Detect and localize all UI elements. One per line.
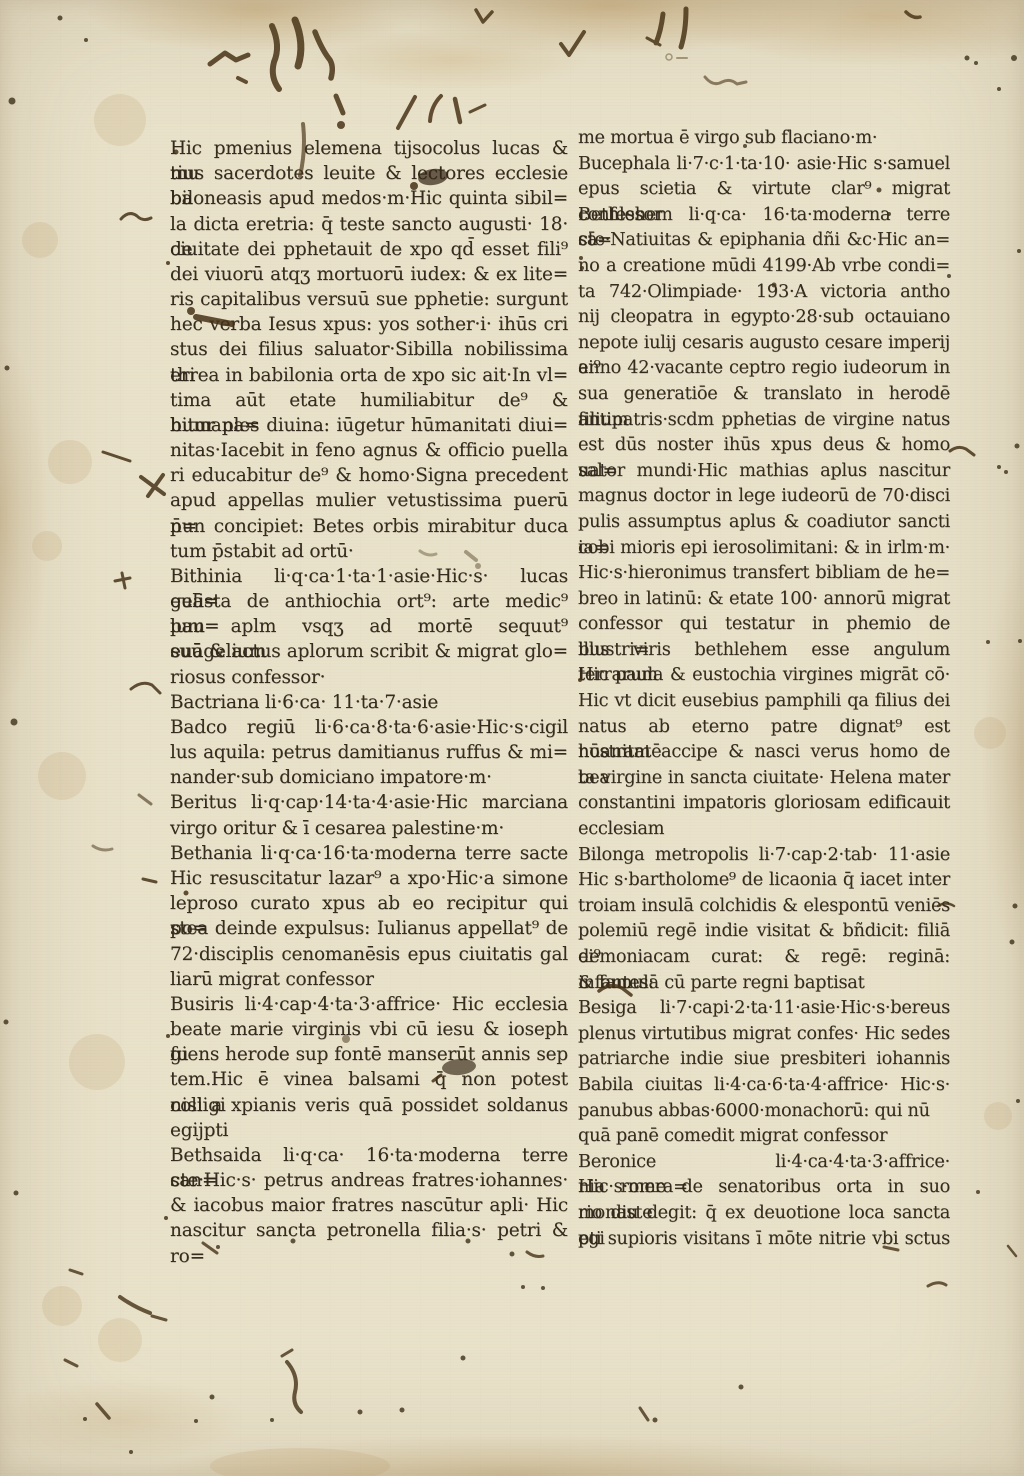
text-line: suū & actus aplorum scribit & migrat glo… bbox=[170, 639, 568, 664]
text-line: natus ab eterno patre dignat⁹ est hūanit… bbox=[578, 714, 950, 740]
text-line: ta virgine in sancta ciuitate· Helena ma… bbox=[578, 765, 950, 791]
text-line: Bethania li·q·ca·16·ta·moderna terre sac… bbox=[170, 841, 568, 866]
text-line: lus aquila: petrus damitianus ruffus & m… bbox=[170, 740, 568, 765]
text-line: cobi mioris epi ierosolimitani: & in irl… bbox=[578, 535, 950, 561]
text-line: dei viuorū atqʒ mortuorū iudex: & ex lit… bbox=[170, 262, 568, 287]
text-line: stus dei filius saluator·Sibilla nobilis… bbox=[170, 337, 568, 362]
text-line: apud appellas mulier vetustissima puerū … bbox=[170, 488, 568, 513]
left-text-column: Hic pmenius elemena tijsocolus lucas & m… bbox=[170, 136, 568, 1244]
text-line: liarū migrat confessor bbox=[170, 967, 568, 992]
text-line: beate marie virginis vbi cū iesu & iosep… bbox=[170, 1017, 568, 1042]
text-line: epus scietia & virtute clar⁹ migrat conf… bbox=[578, 176, 950, 202]
text-line: plenus virtutibus migrat confes· Hic sed… bbox=[578, 1021, 950, 1047]
text-line: ecclesiam bbox=[578, 816, 950, 842]
text-line: polemiū regē indie visitat & bñdicit: fi… bbox=[578, 918, 950, 944]
text-line: Bithinia li·q·ca·1·ta·1·asie·Hic·s· luca… bbox=[170, 564, 568, 589]
text-line: giens herode sup fontē manserūt annis se… bbox=[170, 1042, 568, 1067]
text-line: quā panē comedit migrat confessor bbox=[578, 1123, 950, 1149]
text-line: Hic s·bartholome⁹ de licaonia q̄ iacet i… bbox=[578, 867, 950, 893]
text-line: patriarche indie siue presbiteri iohanni… bbox=[578, 1046, 950, 1072]
text-line: Besiga li·7·capi·2·ta·11·asie·Hic·s·bere… bbox=[578, 995, 950, 1021]
text-line: Badco regiū li·6·ca·8·ta·6·asie·Hic·s·ci… bbox=[170, 715, 568, 740]
text-line: demoniacam curat: & regē: reginā: infant… bbox=[578, 944, 950, 970]
text-line: virgo oritur & ī cesarea palestine·m· bbox=[170, 816, 568, 841]
text-line: la dicta eretria: q̄ teste sancto august… bbox=[170, 212, 568, 237]
text-line: tem.Hic ē vinea balsami q̄ non potest co… bbox=[170, 1067, 568, 1092]
text-line: tum p̄stabit ad ortū· bbox=[170, 539, 568, 564]
text-line: nun concipiet: Betes orbis mirabitur duc… bbox=[170, 514, 568, 539]
text-line: troiam insulā colchidis & elespontū veni… bbox=[578, 893, 950, 919]
text-line: tima aūt etate humiliabitur de⁹ & humana… bbox=[170, 388, 568, 413]
text-line: Hic vt dicit eusebius pamphili qa filius… bbox=[578, 688, 950, 714]
text-line: anno 42·vacante ceptro regio iudeorum in bbox=[578, 355, 950, 381]
text-line: uator mundi·Hic mathias aplus nascitur bbox=[578, 458, 950, 484]
text-line: pti supioris visitans ī mōte nitrie vbi … bbox=[578, 1226, 950, 1252]
text-line: Bethsaida li·q·ca· 16·ta·moderna terre s… bbox=[170, 1143, 568, 1168]
text-line: Hic pmenius elemena tijsocolus lucas & m… bbox=[170, 136, 568, 161]
manuscript-page: Hic pmenius elemena tijsocolus lucas & m… bbox=[0, 0, 1024, 1476]
text-line: pulis assumptus aplus & coadiutor sancti… bbox=[578, 509, 950, 535]
bottom-margin-marks bbox=[65, 1243, 1016, 1420]
right-text-column: me mortua ē virgo sub flaciano·m·Bucepha… bbox=[578, 125, 950, 1251]
text-line: me mortua ē virgo sub flaciano·m· bbox=[578, 125, 950, 151]
text-line: est dūs noster ihūs xpus deus & homo sal… bbox=[578, 432, 950, 458]
text-line: ris capitalibus versuū sue pphetie: surg… bbox=[170, 287, 568, 312]
text-line: & famulā cū parte regni baptisat bbox=[578, 970, 950, 996]
text-line: constantini impatoris gloriosam edificau… bbox=[578, 790, 950, 816]
text-line: ciuitate dei pphetauit de xpo qd̄ esset … bbox=[170, 237, 568, 262]
text-line: gelista de anthiochia ort⁹: arte medic⁹ … bbox=[170, 589, 568, 614]
text-line: Hic paula & eustochia virgines migrāt cō… bbox=[578, 662, 950, 688]
text-line: nisi a xpianis veris quā possidet soldan… bbox=[170, 1093, 568, 1118]
text-line: tius sacerdotes leuite & lectores eccles… bbox=[170, 161, 568, 186]
text-line: bus viris bethlehem esse angulum terraru… bbox=[578, 637, 950, 663]
text-line: Bactriana li·6·ca· 11·ta·7·asie bbox=[170, 690, 568, 715]
text-line: nascitur sancta petronella filia·s· petr… bbox=[170, 1218, 568, 1243]
text-line: nander·sub domiciano impatore·m· bbox=[170, 765, 568, 790]
text-line: threa in babilonia orta de xpo sic ait·I… bbox=[170, 363, 568, 388]
text-line: nitas·Iacebit in feno agnus & officio pu… bbox=[170, 438, 568, 463]
text-line: panubus abbas·6000·monachorū: qui nū bbox=[578, 1098, 950, 1124]
text-line: egijpti bbox=[170, 1118, 568, 1143]
text-line: & iacobus maior fratres nascūtur apli· H… bbox=[170, 1193, 568, 1218]
text-line: sua generatiōe & translato in herodē fil… bbox=[578, 381, 950, 407]
text-line: riosus confessor· bbox=[170, 665, 568, 690]
text-line: stea deinde expulsus: Iulianus appellat⁹… bbox=[170, 916, 568, 941]
text-line: nostram accipe & nasci verus homo de bea bbox=[578, 739, 950, 765]
text-line: Beritus li·q·cap·14·ta·4·asie·Hic marcia… bbox=[170, 790, 568, 815]
text-line: bitur ples diuina: iūgetur hūmanitati di… bbox=[170, 413, 568, 438]
text-line: Bilonga metropolis li·7·cap·2·tab· 11·as… bbox=[578, 842, 950, 868]
text-line: ta 742·Olimpiade· 193·A victoria antho bbox=[578, 279, 950, 305]
text-line: antipatris·scdm pphetias de virgine natu… bbox=[578, 407, 950, 433]
ink-mark-11 bbox=[647, 9, 687, 60]
text-line: nia rome de senatoribus orta in suo mona… bbox=[578, 1174, 950, 1200]
text-line: biloneasis apud medos·m·Hic quinta sibil… bbox=[170, 186, 568, 211]
text-line: cte·Hic·s· petrus andreas fratres·iohann… bbox=[170, 1168, 568, 1193]
text-line: rio diu degit: q̄ ex deuotione loca sanc… bbox=[578, 1200, 950, 1226]
text-line: Bucephala li·7·c·1·ta·10· asie·Hic s·sam… bbox=[578, 151, 950, 177]
text-line: no a creatione mūdi 4199·Ab vrbe condi= bbox=[578, 253, 950, 279]
text-line: magnus doctor in lege iudeorū de 70·disc… bbox=[578, 483, 950, 509]
text-line: Bethlehem li·q·ca· 16·ta·moderna terre s… bbox=[578, 202, 950, 228]
text-line: Hic resuscitatur lazar⁹ a xpo·Hic·a simo… bbox=[170, 866, 568, 891]
text-line: nij cleopatra in egypto·28·sub octauiano bbox=[578, 304, 950, 330]
text-line: 72·disciplis cenomanēsis epus ciuitatis … bbox=[170, 942, 568, 967]
text-line: Babila ciuitas li·4·ca·6·ta·4·affrice· H… bbox=[578, 1072, 950, 1098]
text-line: Beronice li·4·ca·4·ta·3·affrice· Hic·s·m… bbox=[578, 1149, 950, 1175]
text-line: cte·Natiuitas & epiphania dñi &c·Hic an= bbox=[578, 227, 950, 253]
text-line: Busiris li·4·cap·4·ta·3·affrice· Hic ecc… bbox=[170, 992, 568, 1017]
text-line: ri educabitur de⁹ & homo·Signa precedent bbox=[170, 463, 568, 488]
text-line: nepote iulij cesaris augusto cesare impe… bbox=[578, 330, 950, 356]
text-line: confessor qui testatur in phemio de illu… bbox=[578, 611, 950, 637]
text-line: Hic·s·hieronimus transfert bibliam de he… bbox=[578, 560, 950, 586]
text-line: lum aplm vsqʒ ad mortē sequut⁹ euāgelium bbox=[170, 614, 568, 639]
text-line: hec verba Iesus xpus: yos sother·i· ihūs… bbox=[170, 312, 568, 337]
text-line: leproso curato xpus ab eo recipitur qui … bbox=[170, 891, 568, 916]
text-line: breo in latinū: & etate 100· annorū migr… bbox=[578, 586, 950, 612]
